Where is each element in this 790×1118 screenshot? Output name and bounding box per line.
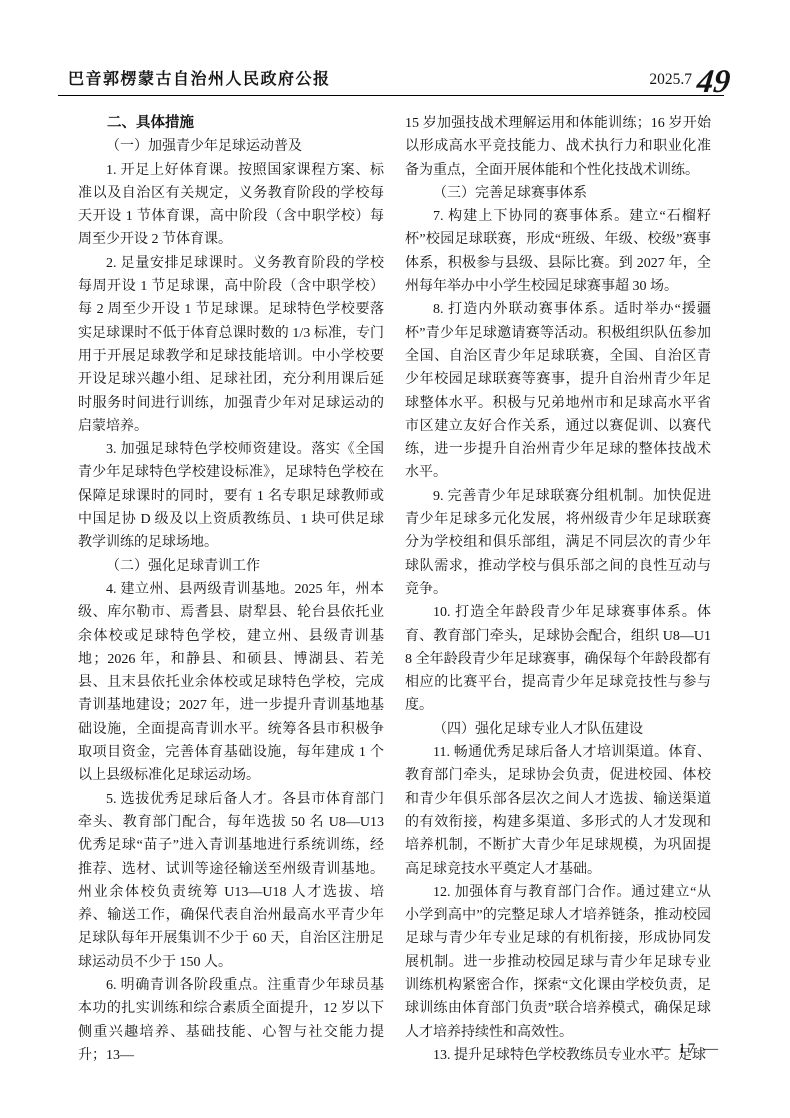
paragraph-8: 8. 打造内外联动赛事体系。适时举办“援疆杯”青少年足球邀请赛等活动。积极组织队… [405,298,711,484]
paragraph-9: 9. 完善青少年足球联赛分组机制。加快促进青少年足球多元化发展，将州级青少年足球… [405,485,711,601]
page-header: 巴音郭楞蒙古自治州人民政府公报 2025.7 49 [68,56,730,94]
gazette-page: 巴音郭楞蒙古自治州人民政府公报 2025.7 49 二、具体措施 （一）加强青少… [0,0,790,1118]
subsection-heading-4: （四）强化足球专业人才队伍建设 [405,718,711,741]
paragraph-7: 7. 构建上下协同的赛事体系。建立“石榴籽杯”校园足球联赛，形成“班级、年级、校… [405,205,711,298]
left-column: 二、具体措施 （一）加强青少年足球运动普及 1. 开足上好体育课。按照国家课程方… [78,112,384,1067]
paragraph-11: 11. 畅通优秀足球后备人才培训渠道。体育、教育部门牵头，足球协会负责，促进校园… [405,741,711,881]
paragraph-4: 4. 建立州、县两级青训基地。2025 年，州本级、库尔勒市、焉耆县、尉犁县、轮… [78,578,384,788]
header-rule [58,95,724,96]
content-columns: 二、具体措施 （一）加强青少年足球运动普及 1. 开足上好体育课。按照国家课程方… [78,112,711,1067]
paragraph-12: 12. 加强体育与教育部门合作。通过建立“从小学到高中”的完整足球人才培养链条，… [405,881,711,1044]
paragraph-5: 5. 选拔优秀足球后备人才。各县市体育部门牵头、教育部门配合，每年选拔 50 名… [78,788,384,974]
paragraph-6-continuation: 15 岁加强技战术理解运用和体能训练；16 岁开始以形成高水平竞技能力、战术执行… [405,112,711,182]
issue-info: 2025.7 49 [649,61,730,94]
subsection-heading-3: （三）完善足球赛事体系 [405,182,711,205]
paragraph-1: 1. 开足上好体育课。按照国家课程方案、标准以及自治区有关规定，义务教育阶段的学… [78,159,384,252]
issue-date: 2025.7 [649,72,692,95]
right-column: 15 岁加强技战术理解运用和体能训练；16 岁开始以形成高水平竞技能力、战术执行… [405,112,711,1067]
paragraph-6: 6. 明确青训各阶段重点。注重青少年球员基本功的扎实训练和综合素质全面提升，12… [78,974,384,1067]
subsection-heading-2: （二）强化足球青训工作 [78,555,384,578]
section-heading: 二、具体措施 [78,112,384,135]
subsection-heading-1: （一）加强青少年足球运动普及 [78,135,384,158]
paragraph-3: 3. 加强足球特色学校师资建设。落实《全国青少年足球特色学校建设标准》，足球特色… [78,438,384,554]
paragraph-10: 10. 打造全年龄段青少年足球赛事体系。体育、教育部门牵头，足球协会配合，组织 … [405,601,711,717]
page-number: — 17 — [656,1041,721,1058]
gazette-title: 巴音郭楞蒙古自治州人民政府公报 [68,72,331,94]
paragraph-2: 2. 足量安排足球课时。义务教育阶段的学校每周开设 1 节足球课，高中阶段（含中… [78,252,384,438]
